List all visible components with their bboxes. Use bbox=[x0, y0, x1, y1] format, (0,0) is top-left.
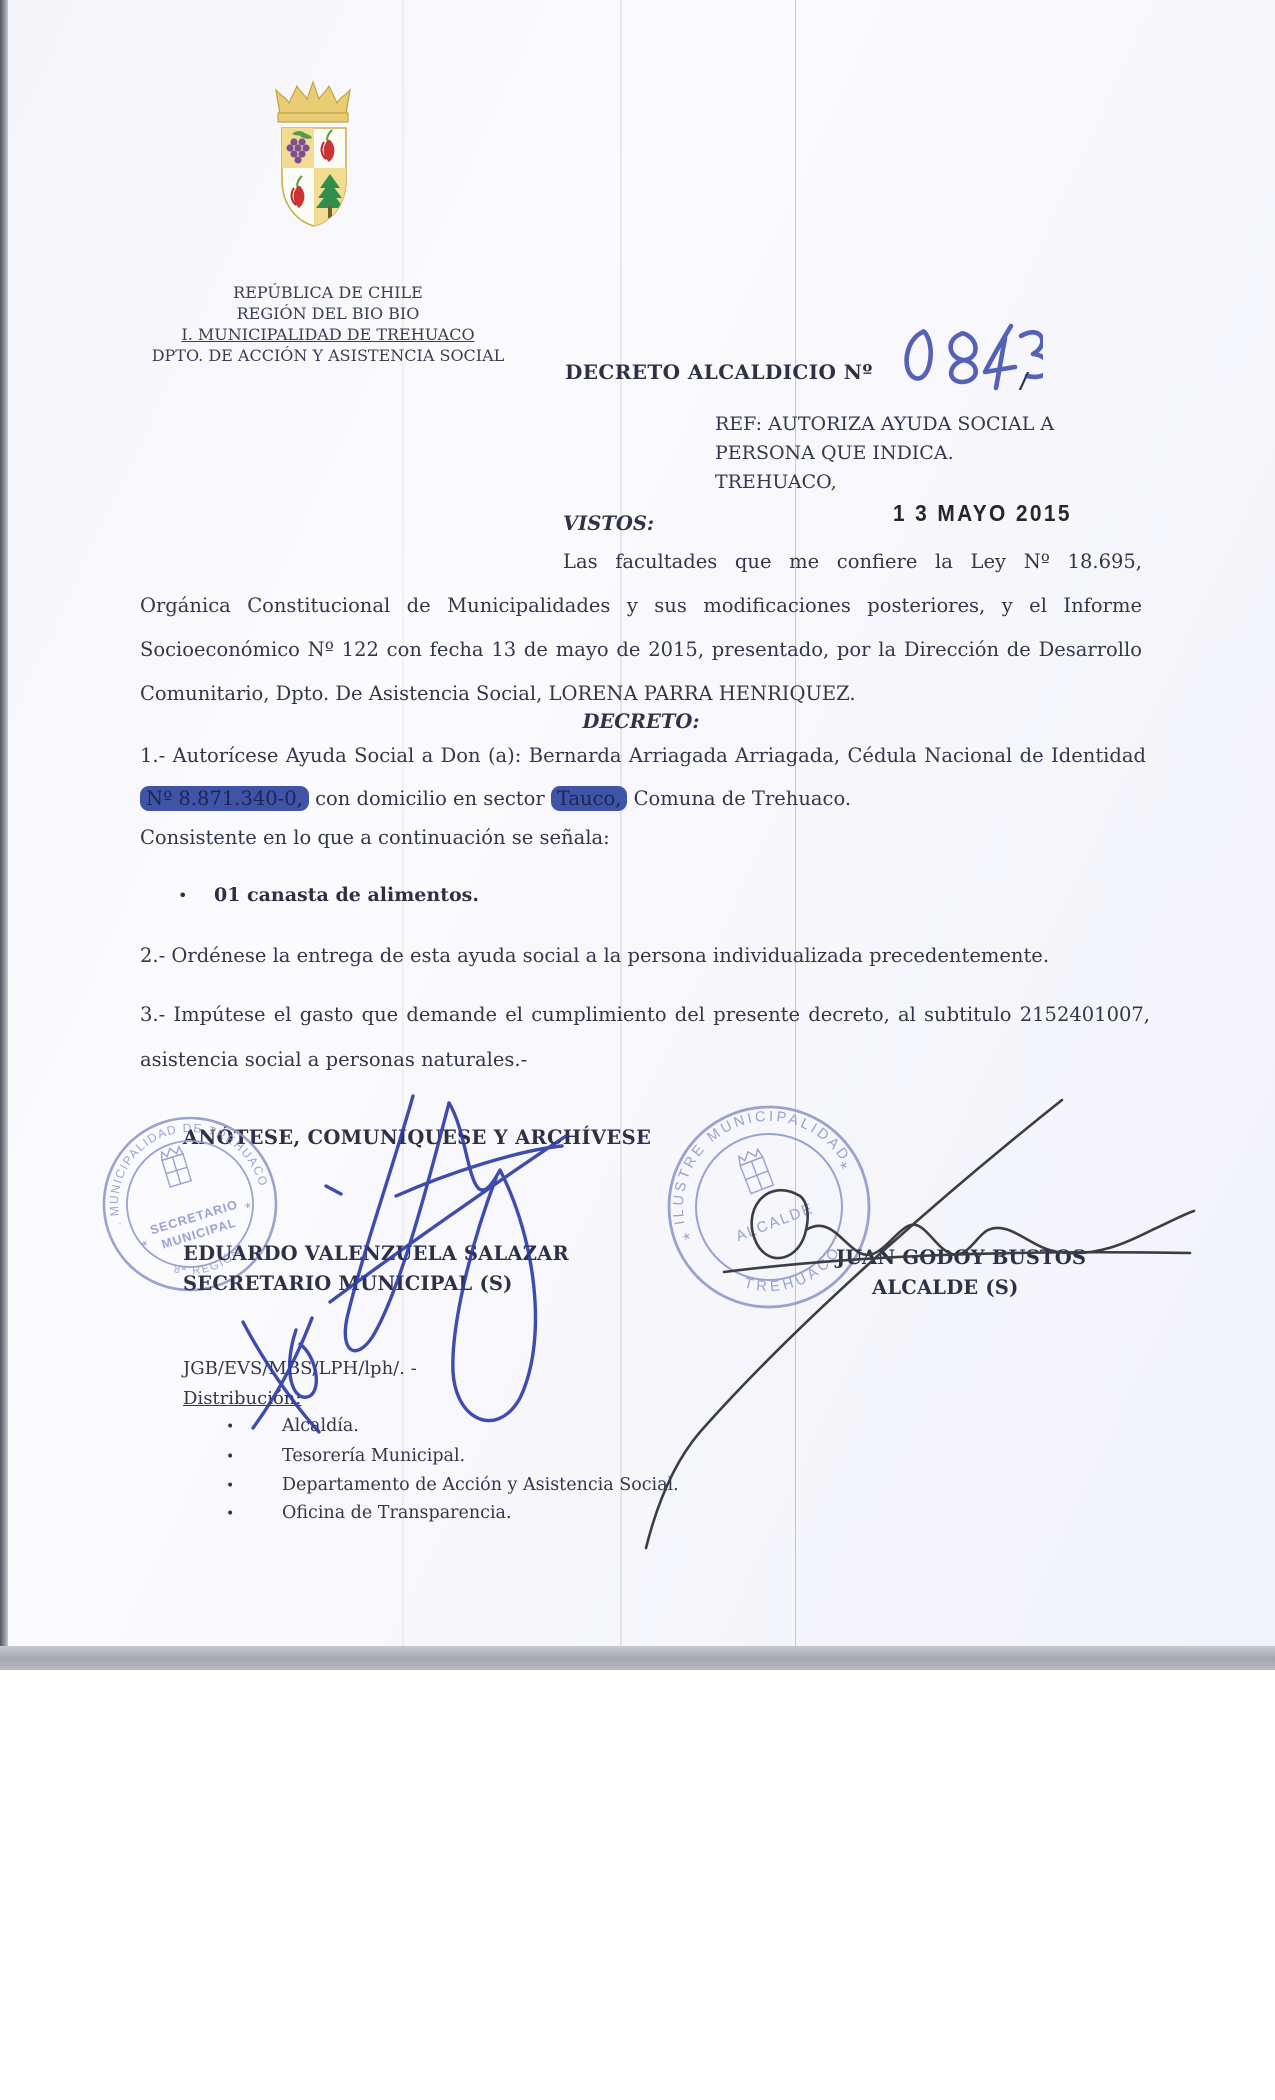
item1-text: con domicilio en sector bbox=[309, 787, 551, 810]
ref-line-3: TREHUACO, bbox=[715, 468, 1055, 497]
aid-bullet-item: •01 canasta de alimentos. bbox=[178, 884, 479, 906]
handwritten-decree-number bbox=[893, 314, 1043, 404]
item1-text: Comuna de Trehuaco. bbox=[627, 787, 851, 810]
right-stamp-top-text: ILUSTRE MUNICIPALIDAD bbox=[662, 1100, 854, 1229]
distribution-item: •Departamento de Acción y Asistencia Soc… bbox=[226, 1475, 679, 1495]
secretario-municipal-stamp-icon: I. MUNICIPALIDAD DE TREHUACO 8ª REGIÓN S… bbox=[98, 1112, 282, 1296]
distribution-item-text: Oficina de Transparencia. bbox=[282, 1503, 512, 1523]
letterhead-region: REGIÓN DEL BIO BIO bbox=[118, 303, 538, 324]
letterhead-department: DPTO. DE ACCIÓN Y ASISTENCIA SOCIAL bbox=[118, 345, 538, 366]
decree-item-3: 3.- Impútese el gasto que demande el cum… bbox=[140, 992, 1150, 1082]
ref-line-1: REF: AUTORIZA AYUDA SOCIAL A bbox=[715, 410, 1055, 439]
ref-line-2: PERSONA QUE INDICA. bbox=[715, 439, 1055, 468]
left-signer-name: EDUARDO VALENZUELA SALAZAR bbox=[183, 1242, 569, 1265]
bullet-icon: • bbox=[226, 1419, 282, 1435]
decree-title-label: DECRETO ALCALDICIO Nº bbox=[565, 360, 873, 384]
bullet-icon: • bbox=[226, 1478, 282, 1494]
bullet-icon: • bbox=[178, 886, 214, 905]
distribution-item-text: Tesorería Municipal. bbox=[282, 1446, 465, 1466]
fold-line bbox=[402, 0, 404, 1646]
decree-item-1: 1.- Autorícese Ayuda Social a Don (a): B… bbox=[140, 734, 1146, 820]
distribution-item: •Oficina de Transparencia. bbox=[226, 1503, 512, 1523]
distribution-item-text: Departamento de Acción y Asistencia Soci… bbox=[282, 1475, 679, 1495]
scanned-document-page: REPÚBLICA DE CHILE REGIÓN DEL BIO BIO I.… bbox=[0, 0, 1275, 2100]
fold-line bbox=[620, 0, 622, 1646]
scan-bottom-edge-shadow bbox=[0, 1646, 1275, 1670]
decree-item-2: 2.- Ordénese la entrega de esta ayuda so… bbox=[140, 944, 1146, 967]
date-stamp: 1 3 MAYO 2015 bbox=[893, 500, 1072, 527]
star-icon: * bbox=[681, 1229, 695, 1250]
bullet-icon: • bbox=[226, 1506, 282, 1522]
scan-artifact-line bbox=[795, 0, 796, 1646]
vistos-paragraph: Las facultades que me confiere la Ley Nº… bbox=[140, 540, 1142, 716]
right-signer-title: ALCALDE (S) bbox=[872, 1276, 1019, 1299]
decreto-label: DECRETO: bbox=[140, 710, 1142, 733]
distribution-item-text: Alcaldía. bbox=[282, 1416, 359, 1436]
svg-text:ILUSTRE MUNICIPALIDAD: ILUSTRE MUNICIPALIDAD bbox=[662, 1100, 854, 1229]
item1-text: 1.- Autorícese Ayuda Social a Don (a): B… bbox=[140, 744, 1146, 767]
letterhead: REPÚBLICA DE CHILE REGIÓN DEL BIO BIO I.… bbox=[118, 282, 538, 366]
distribution-label: Distribución: bbox=[183, 1388, 301, 1409]
star-icon: * bbox=[140, 1237, 151, 1255]
bullet-icon: • bbox=[226, 1449, 282, 1465]
letterhead-country: REPÚBLICA DE CHILE bbox=[118, 282, 538, 303]
reference-block: REF: AUTORIZA AYUDA SOCIAL A PERSONA QUE… bbox=[715, 410, 1055, 497]
alcalde-stamp-icon: ILUSTRE MUNICIPALIDAD TREHUACO ALCALDE *… bbox=[662, 1100, 876, 1314]
document-initials: JGB/EVS/MBS/LPH/lph/. - bbox=[183, 1358, 417, 1379]
right-signer-name: JUAN GODOY BUSTOS bbox=[836, 1246, 1086, 1269]
right-stamp-inner-text: ALCALDE bbox=[733, 1200, 816, 1245]
municipality-coat-of-arms-icon bbox=[252, 80, 376, 238]
distribution-item: •Alcaldía. bbox=[226, 1416, 359, 1436]
letterhead-municipality: I. MUNICIPALIDAD DE TREHUACO bbox=[118, 324, 538, 345]
redacted-id-number: Nº 8.871.340-0, bbox=[140, 786, 309, 811]
consistente-line: Consistente en lo que a continuación se … bbox=[140, 826, 1040, 849]
star-icon: * bbox=[838, 1158, 852, 1179]
left-signer-title: SECRETARIO MUNICIPAL (S) bbox=[183, 1272, 513, 1295]
vistos-label: VISTOS: bbox=[563, 512, 654, 535]
distribution-item: •Tesorería Municipal. bbox=[226, 1446, 465, 1466]
redacted-sector: Tauco, bbox=[551, 786, 628, 811]
scan-left-edge bbox=[0, 0, 8, 1652]
aid-item-text: 01 canasta de alimentos. bbox=[214, 884, 479, 906]
